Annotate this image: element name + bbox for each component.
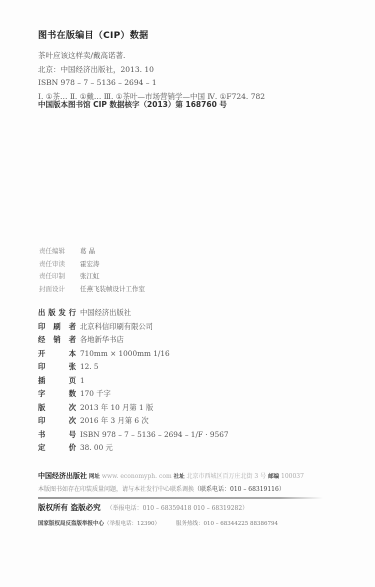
- pub-label-char: 印: [38, 360, 45, 374]
- pub-label-char: 号: [69, 428, 76, 442]
- publisher-address: 北京市西城区百万庄北街 3 号: [187, 473, 267, 480]
- pub-label-char: 版: [38, 401, 45, 415]
- pub-label-char: 次: [69, 401, 76, 415]
- pub-label: 定价: [38, 441, 80, 455]
- copyright-page: 图书在版编目（CIP）数据 茶叶应该这样卖/戴高诺著. 北京：中国经济出版社，2…: [0, 0, 375, 587]
- pub-row-price: 定价 38. 00 元: [38, 441, 229, 455]
- rights-title: 版权所有 盗版必究: [38, 503, 101, 512]
- pub-label-char: 者: [69, 320, 76, 334]
- cip-line-title-author: 茶叶应该这样卖/戴高诺著.: [38, 49, 265, 63]
- pub-label-char: 印: [38, 414, 45, 428]
- pub-label-char: 发: [58, 306, 65, 320]
- pub-row-printer: 印刷者 北京科信印刷有限公司: [38, 320, 229, 334]
- credit-row: 责任印制 张江虹: [39, 270, 145, 283]
- cip-line-publisher: 北京：中国经济出版社，2013. 10: [38, 63, 265, 77]
- credit-value: 张江虹: [80, 270, 100, 283]
- pub-value: 中国经济出版社: [80, 306, 131, 320]
- pub-row-printing: 印次 2016 年 3 月第 6 次: [38, 414, 229, 428]
- pub-row-inserts: 插页 1: [38, 374, 229, 388]
- cip-title: 图书在版编目（CIP）数据: [38, 28, 148, 41]
- pub-label-char: 行: [69, 306, 76, 320]
- pub-value: 710mm × 1000mm 1/16: [80, 347, 170, 361]
- address-label: 社址: [174, 474, 185, 480]
- credit-row: 封面设计 任燕飞装帧设计工作室: [39, 283, 145, 296]
- pub-label: 经销者: [38, 333, 80, 347]
- publisher-website: www. economyph. com: [102, 473, 172, 480]
- website-label: 网址: [89, 474, 100, 480]
- credit-row: 责任编辑 葛 晶: [39, 245, 145, 258]
- credit-row: 责任审读 霍宏涛: [39, 258, 145, 271]
- pub-label: 版次: [38, 401, 80, 415]
- report-center-name: 国家版权局反盗版举报中心: [38, 521, 104, 527]
- pub-label-char: 刷: [53, 320, 60, 334]
- pub-row-edition: 版次 2013 年 10 月第 1 版: [38, 401, 229, 415]
- quality-notice: 本版图书如存在印装质量问题，请与本社发行中心联系调换（联系电话：010 – 68…: [38, 484, 285, 493]
- pub-row-format: 开本 710mm × 1000mm 1/16: [38, 347, 229, 361]
- pub-label-char: 者: [69, 333, 76, 347]
- pub-value: 2016 年 3 月第 6 次: [80, 414, 149, 428]
- pub-value: 38. 00 元: [80, 441, 113, 455]
- pub-label: 书号: [38, 428, 80, 442]
- pub-label-char: 插: [38, 374, 45, 388]
- credit-value: 葛 晶: [80, 245, 95, 258]
- pub-value: 12. 5: [80, 360, 99, 374]
- pub-value: 170 千字: [80, 387, 111, 401]
- pub-label-char: 字: [38, 387, 45, 401]
- service-hotline: 服务热线：010 – 68344225 88386794: [176, 519, 278, 527]
- pub-label-char: 数: [69, 387, 76, 401]
- cip-line-isbn: ISBN 978 – 7 – 5136 – 2694 – 1: [38, 76, 265, 90]
- quality-notice-text: 本版图书如存在印装质量问题，请与本社发行中心联系调换: [38, 486, 194, 493]
- pub-row-publisher: 出版发行 中国经济出版社: [38, 306, 229, 320]
- pub-row-distributor: 经销者 各地新华书店: [38, 333, 229, 347]
- credit-label: 责任编辑: [39, 245, 80, 258]
- pub-label: 开本: [38, 347, 80, 361]
- rights-phones: （举报电话：010 – 68359418 010 – 68319282）: [107, 505, 249, 512]
- pub-value: ISBN 978 – 7 – 5136 – 2694 – 1/F · 9567: [80, 428, 229, 442]
- pub-label: 插页: [38, 374, 80, 388]
- pub-value: 1: [80, 374, 85, 388]
- report-center-phone: （举报电话：12390）: [104, 521, 160, 527]
- pub-row-sheets: 印张 12. 5: [38, 360, 229, 374]
- pub-row-isbn: 书号 ISBN 978 – 7 – 5136 – 2694 – 1/F · 95…: [38, 428, 229, 442]
- pub-label-char: 次: [69, 414, 76, 428]
- antipiracy-report-line: 国家版权局反盗版举报中心（举报电话：12390） 服务热线：010 – 6834…: [38, 519, 328, 527]
- credit-value: 霍宏涛: [80, 258, 100, 271]
- cip-verification-number: 中国版本图书馆 CIP 数据核字（2013）第 168760 号: [38, 99, 227, 110]
- postcode-label: 邮编: [268, 474, 279, 480]
- pub-label-char: 销: [53, 333, 60, 347]
- pub-label-char: 本: [69, 347, 76, 361]
- section-divider: [38, 497, 323, 499]
- publication-info: 出版发行 中国经济出版社 印刷者 北京科信印刷有限公司 经销者 各地新华书店 开…: [38, 306, 229, 455]
- pub-row-word-count: 字数 170 千字: [38, 387, 229, 401]
- editorial-credits: 责任编辑 葛 晶 责任审读 霍宏涛 责任印制 张江虹 封面设计 任燕飞装帧设计工…: [39, 245, 145, 295]
- pub-label-char: 印: [38, 320, 45, 334]
- pub-label-char: 张: [69, 360, 76, 374]
- cip-record: 茶叶应该这样卖/戴高诺著. 北京：中国经济出版社，2013. 10 ISBN 9…: [38, 49, 265, 103]
- quality-notice-contact: （联系电话：010 – 68319116）: [194, 486, 285, 493]
- pub-label-char: 定: [38, 441, 45, 455]
- pub-label-char: 开: [38, 347, 45, 361]
- pub-label-char: 书: [38, 428, 45, 442]
- rights-line: 版权所有 盗版必究（举报电话：010 – 68359418 010 – 6831…: [38, 502, 248, 513]
- pub-label-char: 版: [48, 306, 55, 320]
- pub-label-char: 页: [69, 374, 76, 388]
- pub-label: 出版发行: [38, 306, 80, 320]
- pub-label-char: 出: [38, 306, 45, 320]
- publisher-name: 中国经济出版社: [38, 471, 87, 480]
- publisher-postcode: 100037: [281, 473, 304, 480]
- pub-label: 印刷者: [38, 320, 80, 334]
- credit-label: 责任审读: [39, 258, 80, 271]
- pub-label: 印张: [38, 360, 80, 374]
- publisher-contact-line: 中国经济出版社 网址 www. economyph. com 社址 北京市西城区…: [38, 471, 304, 481]
- pub-label: 印次: [38, 414, 80, 428]
- credit-label: 封面设计: [39, 283, 80, 296]
- pub-value: 各地新华书店: [80, 333, 124, 347]
- pub-label-char: 价: [69, 441, 76, 455]
- pub-label: 字数: [38, 387, 80, 401]
- credit-value: 任燕飞装帧设计工作室: [80, 283, 145, 296]
- pub-label-char: 经: [38, 333, 45, 347]
- pub-value: 北京科信印刷有限公司: [80, 320, 153, 334]
- credit-label: 责任印制: [39, 270, 80, 283]
- pub-value: 2013 年 10 月第 1 版: [80, 401, 153, 415]
